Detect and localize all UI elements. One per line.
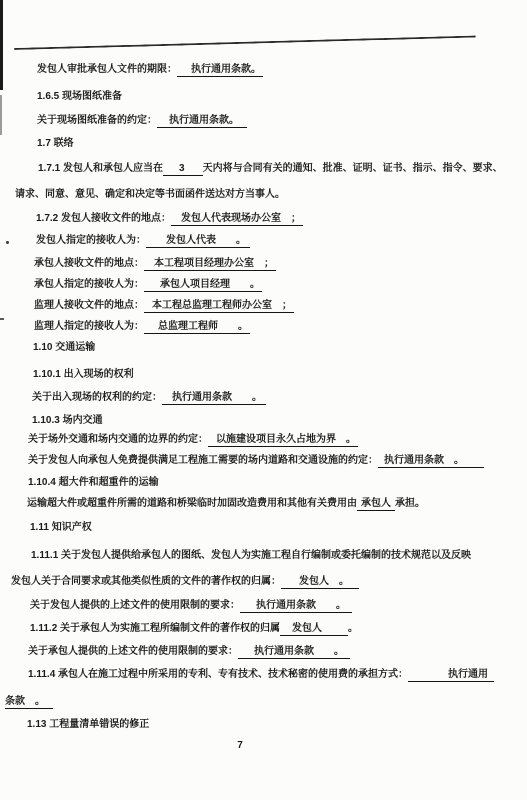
text-run: 1.6.5 现场图纸准备 — [37, 91, 122, 102]
text-line: 关于承包人提供的上述文件的使用限制的要求：执行通用条款 。 — [28, 645, 350, 658]
text-line: 1.7.2 发包人接收文件的地点：发包人代表现场办公室 ； — [36, 212, 303, 225]
text-line: 条款 。 — [5, 695, 53, 708]
scan-speck — [0, 318, 4, 320]
text-line: 监理人指定的接收人为：总监理工程师 。 — [34, 320, 250, 333]
text-run: 1.10 交通运输 — [33, 342, 95, 353]
scan-fold-line — [14, 36, 476, 50]
scan-edge-artifact-faint — [0, 95, 2, 135]
text-run: 1.7.2 发包人接收文件的地点： — [36, 213, 171, 224]
filled-value: 总监理工程师 。 — [144, 321, 250, 334]
text-run: 天内将与合同有关的通知、批准、证明、证书、指示、指令、要求、 — [203, 163, 503, 174]
filled-value: 承包人 — [357, 498, 395, 511]
text-run: 监理人接收文件的地点： — [34, 300, 144, 311]
scan-edge-artifact — [0, 0, 3, 90]
text-run: 发包人指定的接收人为： — [36, 235, 146, 246]
text-run: 运输超大件或超重件所需的道路和桥梁临时加固改造费用和其他有关费用由 — [27, 498, 357, 509]
text-run: 1.13 工程量清单错误的修正 — [27, 719, 149, 730]
text-line: 运输超大件或超重件所需的道路和桥梁临时加固改造费用和其他有关费用由承包人承担。 — [27, 497, 425, 510]
filled-value: 执行通用条款 。 — [378, 455, 484, 468]
filled-value: 以施建设项目永久占地为界 。 — [208, 434, 358, 447]
filled-value: 发包人代表现场办公室 ； — [171, 213, 303, 226]
text-line: 1.11.4 承包人在施工过程中所采用的专利、专有技术、技术秘密的使用费的承担方… — [28, 668, 494, 681]
filled-value: 发包人 — [280, 623, 348, 636]
text-line: 发包人关于合同要求或其他类似性质的文件的著作权的归属：发包人 。 — [11, 575, 359, 588]
filled-value: 执行通用条款 。 — [240, 600, 352, 613]
filled-value: 本工程总监理工程师办公室 ； — [144, 300, 294, 313]
filled-value: 执行通用条款 。 — [162, 392, 266, 405]
filled-value: 发包人代表 。 — [146, 235, 250, 248]
text-line: 1.10.3 场内交通 — [32, 414, 103, 427]
text-run: 关于场外交通和场内交通的边界的约定： — [28, 434, 208, 445]
scanned-contract-page: 发包人审批承包人文件的期限：执行通用条款。1.6.5 现场图纸准备关于现场图纸准… — [0, 0, 527, 800]
filled-value: 执行通用条款。 — [157, 115, 247, 128]
page-number: 7 — [233, 740, 247, 751]
text-line: 关于发包人向承包人免费提供满足工程施工需要的场内道路和交通设施的约定：执行通用条… — [28, 454, 484, 467]
text-run: 承包人接收文件的地点： — [34, 258, 144, 269]
text-line: 关于现场图纸准备的约定：执行通用条款。 — [37, 114, 247, 127]
text-line: 1.11.1 关于发包人提供给承包人的图纸、发包人为实施工程自行编制或委托编制的… — [31, 549, 471, 562]
text-run: 1.10.3 场内交通 — [32, 415, 103, 426]
text-run: 关于出入现场的权利的约定： — [32, 392, 162, 403]
text-run: 关于发包人向承包人免费提供满足工程施工需要的场内道路和交通设施的约定： — [28, 455, 378, 466]
text-line: 关于场外交通和场内交通的边界的约定：以施建设项目永久占地为界 。 — [28, 433, 358, 446]
scan-speck — [6, 241, 9, 244]
text-run: 1.11 知识产权 — [30, 522, 92, 533]
text-line: 1.7 联络 — [37, 137, 74, 150]
text-line: 关于出入现场的权利的约定：执行通用条款 。 — [32, 391, 266, 404]
text-run: 1.7.1 发包人和承包人应当在 — [38, 163, 163, 174]
text-line: 发包人指定的接收人为：发包人代表 。 — [36, 234, 250, 247]
text-line: 1.11.2 关于承包人为实施工程所编制文件的著作权的归属发包人。 — [30, 622, 358, 635]
text-line: 发包人审批承包人文件的期限：执行通用条款。 — [37, 63, 263, 76]
text-run: 监理人指定的接收人为： — [34, 321, 144, 332]
filled-value: 执行通用条款 。 — [238, 646, 350, 659]
text-line: 1.10.4 超大件和超重件的运输 — [28, 476, 159, 489]
filled-value: 发包人 。 — [281, 576, 359, 589]
text-run: 1.11.2 关于承包人为实施工程所编制文件的著作权的归属 — [30, 623, 280, 634]
filled-value: 执行通用 — [408, 669, 494, 682]
text-run: 发包人审批承包人文件的期限： — [37, 64, 177, 75]
text-run: 1.11.4 承包人在施工过程中所采用的专利、专有技术、技术秘密的使用费的承担方… — [28, 669, 408, 680]
filled-value: 本工程项目经理办公室 ； — [144, 258, 276, 271]
text-run: 关于现场图纸准备的约定： — [37, 115, 157, 126]
text-line: 1.10 交通运输 — [33, 341, 95, 354]
text-run: 关于承包人提供的上述文件的使用限制的要求： — [28, 646, 238, 657]
text-run: 1.10.1 出入现场的权利 — [33, 369, 134, 380]
text-line: 1.10.1 出入现场的权利 — [33, 368, 134, 381]
text-line: 承包人指定的接收人为：承包人项目经理 。 — [34, 278, 262, 291]
filled-value: 3 — [163, 163, 203, 176]
text-line: 1.6.5 现场图纸准备 — [37, 90, 122, 103]
text-run: 发包人关于合同要求或其他类似性质的文件的著作权的归属： — [11, 576, 281, 587]
text-line: 1.13 工程量清单错误的修正 — [27, 718, 149, 731]
text-run: 。 — [348, 623, 358, 634]
text-run: 请求、同意、意见、确定和决定等书面函件送达对方当事人。 — [15, 189, 285, 200]
filled-value: 执行通用条款。 — [177, 64, 263, 77]
text-line: 承包人接收文件的地点：本工程项目经理办公室 ； — [34, 257, 276, 270]
filled-value: 承包人项目经理 。 — [144, 279, 262, 292]
text-line: 1.11 知识产权 — [30, 521, 92, 534]
text-run: 承包人指定的接收人为： — [34, 279, 144, 290]
text-run: 1.7 联络 — [37, 138, 74, 149]
text-line: 关于发包人提供的上述文件的使用限制的要求：执行通用条款 。 — [30, 599, 352, 612]
text-line: 1.7.1 发包人和承包人应当在3天内将与合同有关的通知、批准、证明、证书、指示… — [38, 162, 503, 175]
text-line: 监理人接收文件的地点：本工程总监理工程师办公室 ； — [34, 299, 294, 312]
text-line: 请求、同意、意见、确定和决定等书面函件送达对方当事人。 — [15, 188, 285, 201]
text-run: 承担。 — [395, 498, 425, 509]
text-run: 1.10.4 超大件和超重件的运输 — [28, 477, 159, 488]
filled-value: 条款 。 — [5, 696, 53, 709]
text-run: 关于发包人提供的上述文件的使用限制的要求： — [30, 600, 240, 611]
text-run: 1.11.1 关于发包人提供给承包人的图纸、发包人为实施工程自行编制或委托编制的… — [31, 550, 471, 561]
